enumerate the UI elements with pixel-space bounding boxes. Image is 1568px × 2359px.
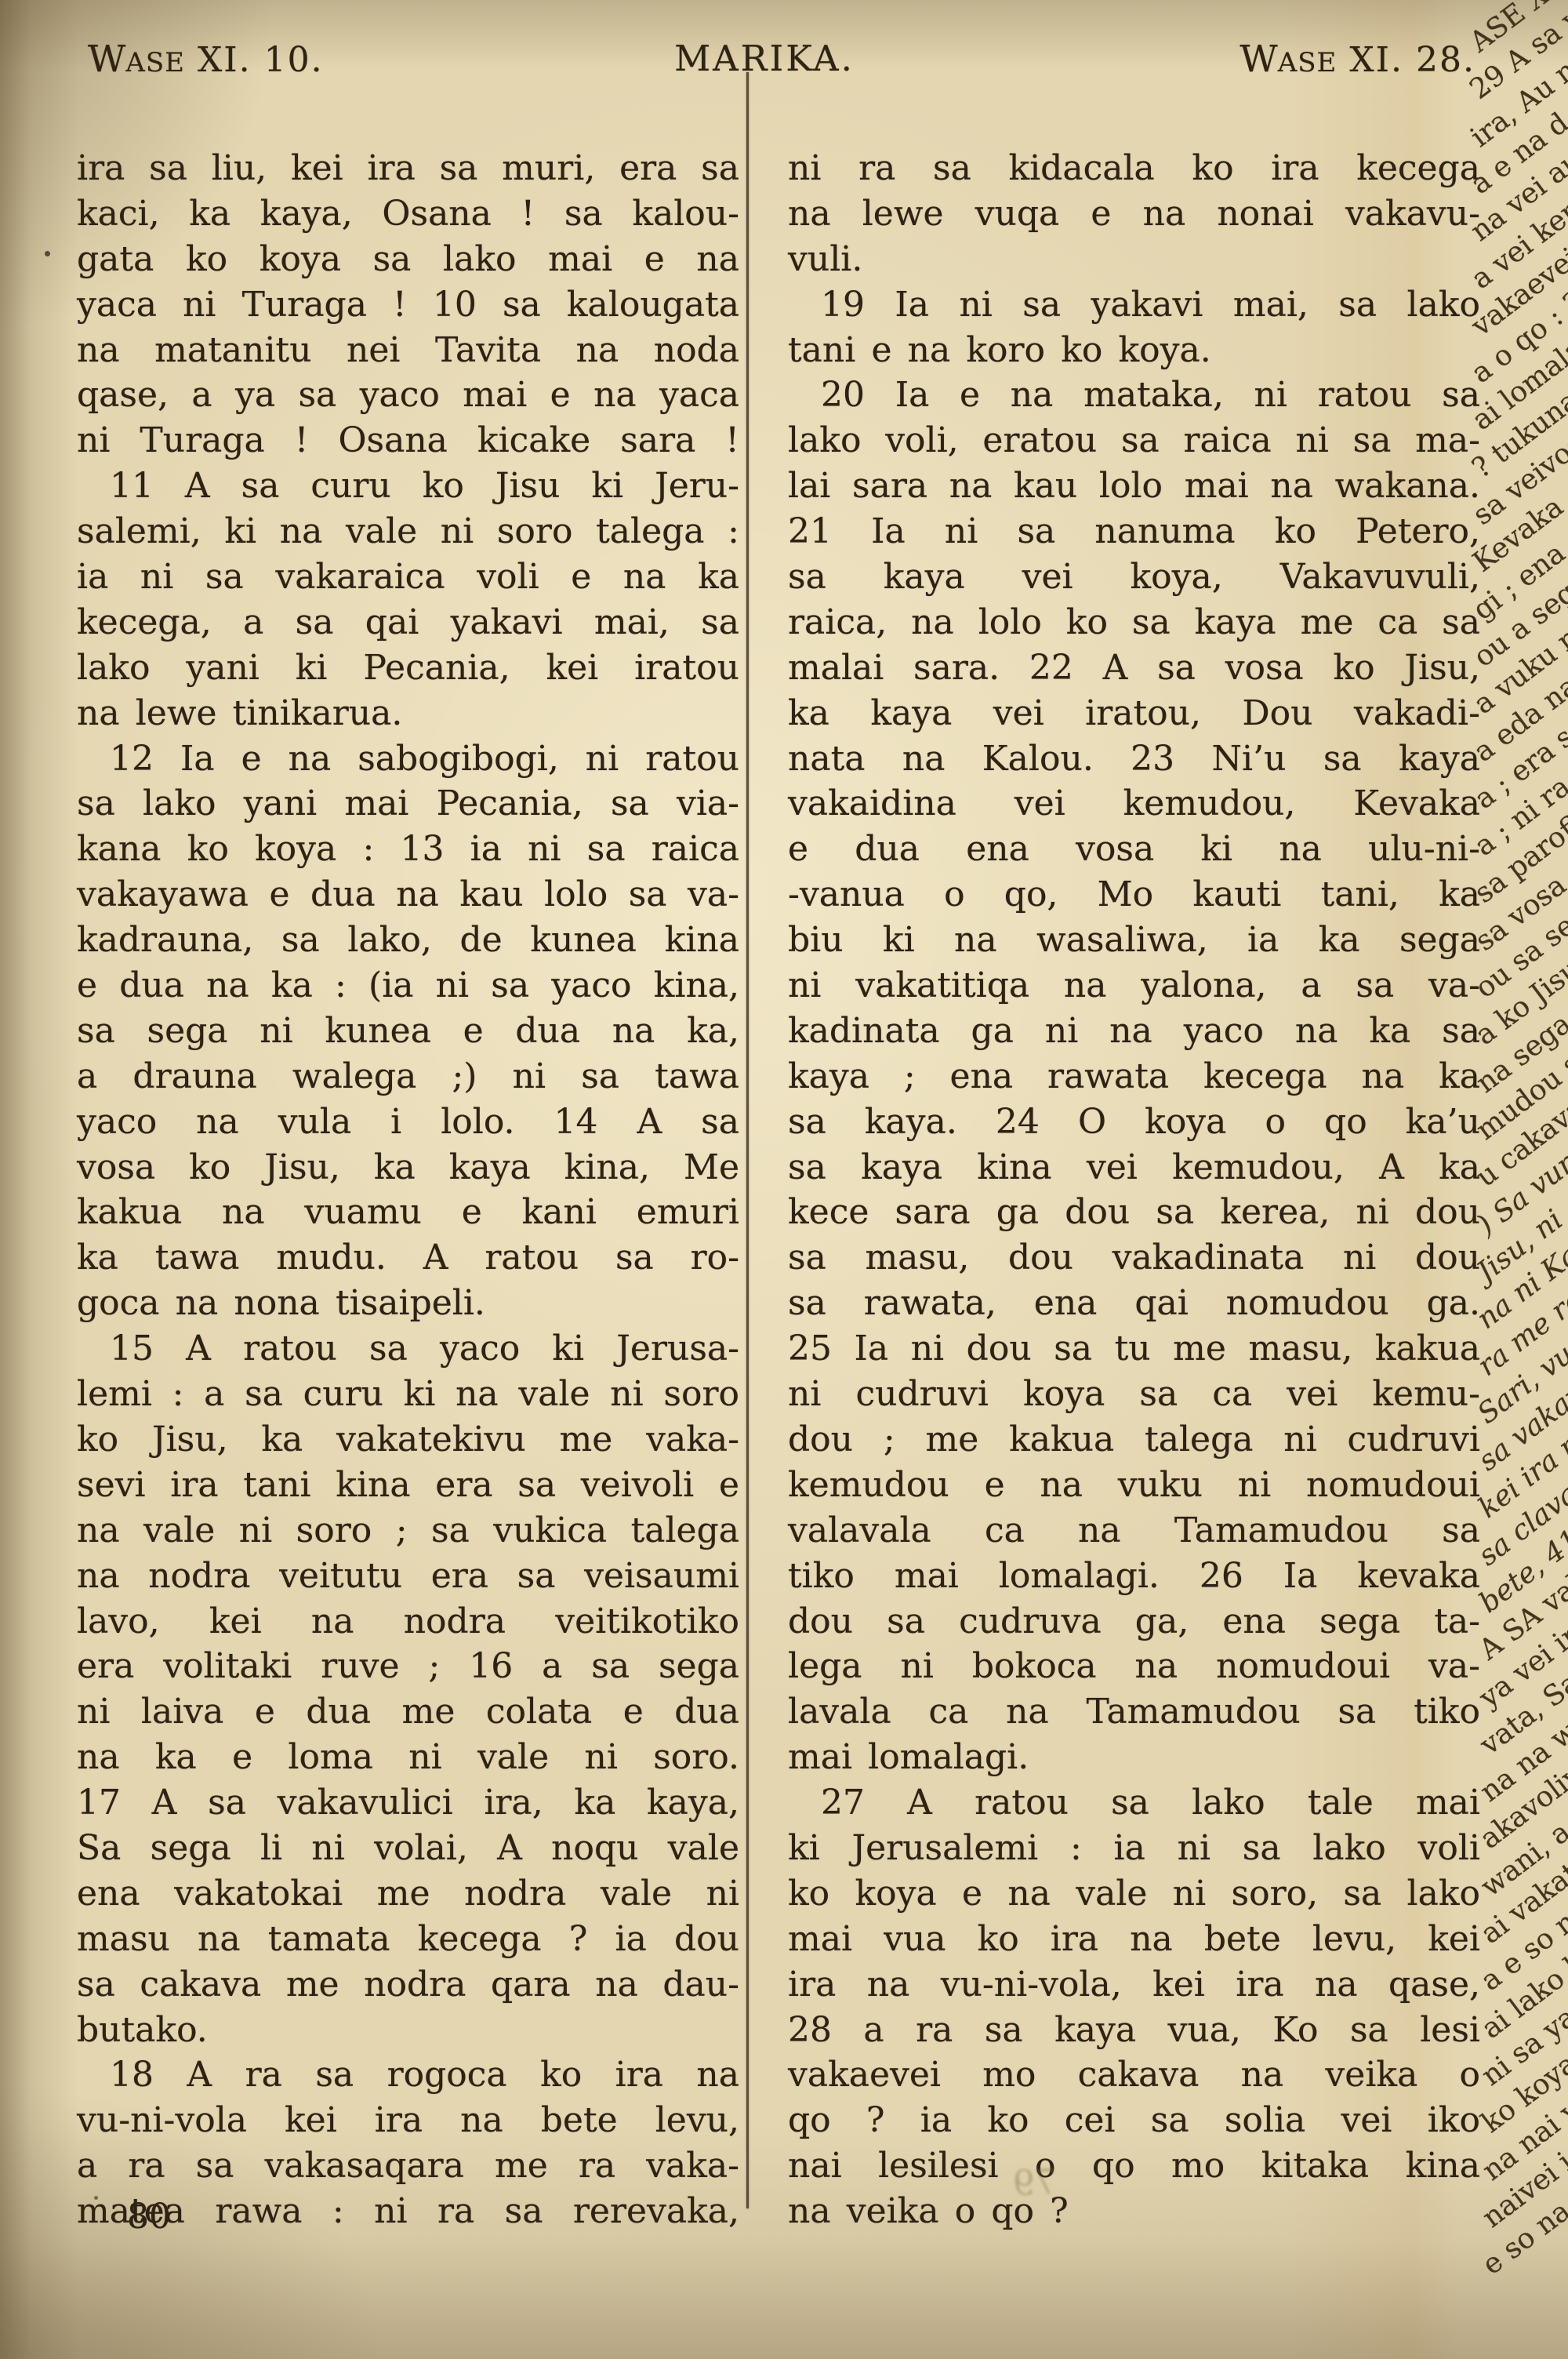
text-line: 17 A sa vakavulici ira, ka kaya, bbox=[77, 1780, 739, 1826]
text-line: 19 Ia ni sa yakavi mai, sa lako bbox=[788, 282, 1480, 328]
text-column-right: ni ra sa kidacala ko ira kecegana lewe v… bbox=[788, 146, 1480, 2234]
text-line: 27 A ratou sa lako tale mai bbox=[788, 1780, 1480, 1826]
text-line: lako voli, eratou sa raica ni sa ma- bbox=[788, 418, 1480, 463]
text-line: tani e na koro ko koya. bbox=[788, 328, 1480, 373]
text-line: sa lako yani mai Pecania, sa via- bbox=[77, 781, 739, 827]
ink-speck bbox=[94, 2196, 98, 2200]
text-line: kecega, a sa qai yakavi mai, sa bbox=[77, 600, 739, 645]
page-curl-edge: ASE XI. 29.29 A sa vosira, Au na e na dn… bbox=[1449, 0, 1568, 2359]
text-line: sa sega ni kunea e dua na ka, bbox=[77, 1009, 739, 1054]
text-line: 15 A ratou sa yaco ki Jerusa- bbox=[77, 1326, 739, 1372]
text-line: vakayawa e dua na kau lolo sa va- bbox=[77, 872, 739, 918]
text-line: kadrauna, sa lako, de kunea kina bbox=[77, 918, 739, 963]
text-line: 20 Ia e na mataka, ni ratou sa bbox=[788, 373, 1480, 418]
text-line: ni vakatitiqa na yalona, a sa va- bbox=[788, 963, 1480, 1009]
text-line: sa kaya vei koya, Vakavuvuli, bbox=[788, 554, 1480, 600]
text-line: lai sara na kau lolo mai na wakana. bbox=[788, 463, 1480, 509]
text-line: na ka e loma ni vale ni soro. bbox=[77, 1735, 739, 1780]
text-line: masu na tamata kecega ? ia dou bbox=[77, 1917, 739, 1962]
text-line: a ra sa vakasaqara me ra vaka- bbox=[77, 2143, 739, 2189]
text-line: na nodra veitutu era sa veisaumi bbox=[77, 1554, 739, 1599]
text-line: dou sa cudruva ga, ena sega ta- bbox=[788, 1599, 1480, 1645]
book-page-scan: WASE XI. 10. MARIKA. WASE XI. 28. ira sa… bbox=[0, 0, 1568, 2359]
text-line: malai sara. 22 A sa vosa ko Jisu, bbox=[788, 645, 1480, 691]
text-line: era volitaki ruve ; 16 a sa sega bbox=[77, 1644, 739, 1689]
text-line: kece sara ga dou sa kerea, ni dou bbox=[788, 1190, 1480, 1235]
text-column-left: ira sa liu, kei ira sa muri, era sakaci,… bbox=[77, 146, 739, 2234]
text-line: na veika o qo ? bbox=[788, 2189, 1480, 2234]
text-line: ko Jisu, ka vakatekivu me vaka- bbox=[77, 1417, 739, 1463]
text-line: lavala ca na Tamamudou sa tiko bbox=[788, 1689, 1480, 1735]
text-line: biu ki na wasaliwa, ia ka sega bbox=[788, 918, 1480, 963]
text-line: sa rawata, ena qai nomudou ga. bbox=[788, 1281, 1480, 1326]
column-divider-rule bbox=[746, 72, 749, 2208]
text-line: ki Jerusalemi : ia ni sa lako voli bbox=[788, 1826, 1480, 1871]
text-line: goca na nona tisaipeli. bbox=[77, 1281, 739, 1326]
running-head-right: WASE XI. 28. bbox=[1240, 38, 1475, 78]
show-through-page-number: 79 bbox=[1012, 2162, 1058, 2205]
text-line: valavala ca na Tamamudou sa bbox=[788, 1508, 1480, 1554]
text-line: na vale ni soro ; sa vukica talega bbox=[77, 1508, 739, 1554]
text-line: ena vakatokai me nodra vale ni bbox=[77, 1871, 739, 1917]
text-line: yaca ni Turaga ! 10 sa kalougata bbox=[77, 282, 739, 328]
text-line: salemi, ki na vale ni soro talega : bbox=[77, 509, 739, 554]
text-line: ira sa liu, kei ira sa muri, era sa bbox=[77, 146, 739, 191]
text-line: 25 Ia ni dou sa tu me masu, kakua bbox=[788, 1326, 1480, 1372]
text-line: kaya ; ena rawata kecega na ka bbox=[788, 1054, 1480, 1100]
text-line: kana ko koya : 13 ia ni sa raica bbox=[77, 827, 739, 872]
text-line: vu-ni-vola kei ira na bete levu, bbox=[77, 2098, 739, 2143]
text-line: na lewe vuqa e na nonai vakavu- bbox=[788, 191, 1480, 237]
text-line: 18 A ra sa rogoca ko ira na bbox=[77, 2052, 739, 2098]
text-line: ka tawa mudu. A ratou sa ro- bbox=[77, 1235, 739, 1281]
text-line: 11 A sa curu ko Jisu ki Jeru- bbox=[77, 463, 739, 509]
text-line: qo ? ia ko cei sa solia vei iko bbox=[788, 2098, 1480, 2143]
text-line: na matanitu nei Tavita na noda bbox=[77, 328, 739, 373]
text-line: sa kaya kina vei kemudou, A ka bbox=[788, 1145, 1480, 1190]
text-line: dou ; me kakua talega ni cudruvi bbox=[788, 1417, 1480, 1463]
text-line: Sa sega li ni volai, A noqu vale bbox=[77, 1826, 739, 1871]
text-line: tiko mai lomalagi. 26 Ia kevaka bbox=[788, 1554, 1480, 1599]
text-line: na lewe tinikarua. bbox=[77, 691, 739, 736]
text-line: mai vua ko ira na bete levu, kei bbox=[788, 1917, 1480, 1962]
text-line: 21 Ia ni sa nanuma ko Petero, bbox=[788, 509, 1480, 554]
text-line: sevi ira tani kina era sa veivoli e bbox=[77, 1463, 739, 1508]
text-line: kaci, ka kaya, Osana ! sa kalou- bbox=[77, 191, 739, 237]
text-line: yaco na vula i lolo. 14 A sa bbox=[77, 1100, 739, 1145]
text-line: vosa ko Jisu, ka kaya kina, Me bbox=[77, 1145, 739, 1190]
text-line: ka kaya vei iratou, Dou vakadi- bbox=[788, 691, 1480, 736]
text-line: sa masu, dou vakadinata ni dou bbox=[788, 1235, 1480, 1281]
running-head-right-smallcaps: ASE bbox=[1278, 47, 1338, 78]
page-number: 80 bbox=[94, 2194, 204, 2240]
running-head-right-initial: W bbox=[1240, 38, 1277, 81]
text-line: gata ko koya sa lako mai e na bbox=[77, 237, 739, 282]
text-line: butako. bbox=[77, 2008, 739, 2053]
text-line: lemi : a sa curu ki na vale ni soro bbox=[77, 1372, 739, 1417]
text-line: 28 a ra sa kaya vua, Ko sa lesi bbox=[788, 2008, 1480, 2053]
text-line: kemudou e na vuku ni nomudoui bbox=[788, 1463, 1480, 1508]
text-line: vakaevei mo cakava na veika o bbox=[788, 2052, 1480, 2098]
text-line: ia ni sa vakaraica voli e na ka bbox=[77, 554, 739, 600]
text-line: lavo, kei na nodra veitikotiko bbox=[77, 1599, 739, 1645]
text-line: nai lesilesi o qo mo kitaka kina bbox=[788, 2143, 1480, 2189]
text-line: sa kaya. 24 O koya o qo ka’u bbox=[788, 1100, 1480, 1145]
text-line: raica, na lolo ko sa kaya me ca sa bbox=[788, 600, 1480, 645]
text-line: ko koya e na vale ni soro, sa lako bbox=[788, 1871, 1480, 1917]
text-line: qase, a ya sa yaco mai e na yaca bbox=[77, 373, 739, 418]
text-line: e dua na ka : (ia ni sa yaco kina, bbox=[77, 963, 739, 1009]
text-line: ni cudruvi koya sa ca vei kemu- bbox=[788, 1372, 1480, 1417]
text-line: -vanua o qo, Mo kauti tani, ka bbox=[788, 872, 1480, 918]
text-line: nata na Kalou. 23 Ni’u sa kaya bbox=[788, 736, 1480, 782]
text-line: sa cakava me nodra qara na dau- bbox=[77, 1962, 739, 2008]
text-line: e dua ena vosa ki na ulu-ni- bbox=[788, 827, 1480, 872]
text-line: ira na vu-ni-vola, kei ira na qase, bbox=[788, 1962, 1480, 2008]
text-line: kadinata ga ni na yaco na ka sa bbox=[788, 1009, 1480, 1054]
text-line: vuli. bbox=[788, 237, 1480, 282]
text-line: vakaidina vei kemudou, Kevaka bbox=[788, 781, 1480, 827]
text-line: kakua na vuamu e kani emuri bbox=[77, 1190, 739, 1235]
text-line: lako yani ki Pecania, kei iratou bbox=[77, 645, 739, 691]
text-line: a drauna walega ;) ni sa tawa bbox=[77, 1054, 739, 1100]
text-line: ni ra sa kidacala ko ira kecega bbox=[788, 146, 1480, 191]
text-line: 12 Ia e na sabogibogi, ni ratou bbox=[77, 736, 739, 782]
ink-speck bbox=[45, 251, 50, 256]
text-line: lega ni bokoca na nomudoui va- bbox=[788, 1644, 1480, 1689]
text-line: ni laiva e dua me colata e dua bbox=[77, 1689, 739, 1735]
text-line: mai lomalagi. bbox=[788, 1735, 1480, 1780]
text-line: ni Turaga ! Osana kicake sara ! bbox=[77, 418, 739, 463]
